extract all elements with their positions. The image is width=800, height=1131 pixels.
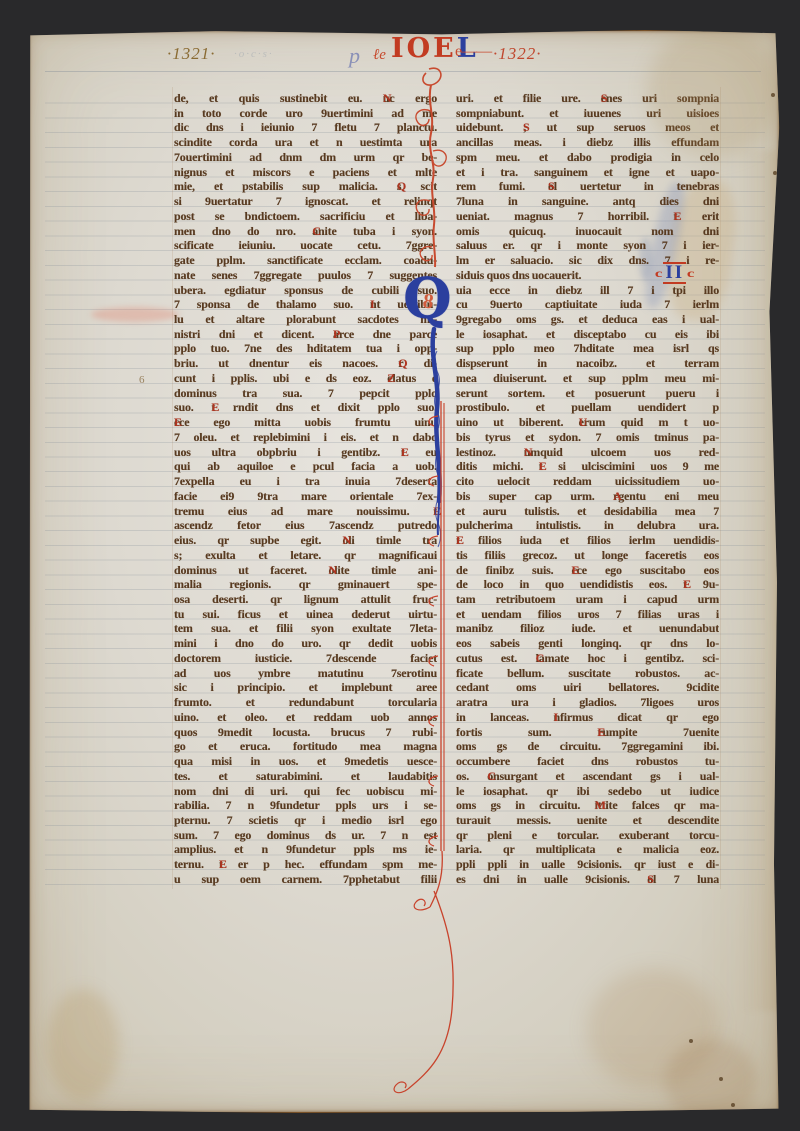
text-line: ditis michi. Et si ulciscimini uos 9 me — [456, 459, 719, 474]
text-line: le iosaphat. qr ibi sedebo ut iudice — [456, 784, 719, 799]
folio-number-left: ·1321· — [167, 44, 216, 64]
stain — [47, 989, 119, 1101]
speck — [731, 1103, 735, 1107]
text-line: laria. qr multiplicata e malicia eoz. — [456, 842, 719, 857]
edge-darkening — [741, 151, 779, 1011]
text-line: prostibulo. et puellam uendidert p — [456, 400, 719, 415]
text-line: omis quicuq. inuocauit nom dni — [456, 224, 719, 239]
text-line: uri. et filie ure. Senes uri sompnia — [456, 91, 719, 106]
text-line: pulcherima intulistis. in delubra ura. — [456, 518, 719, 533]
text-line: uino ut biberent. Uerum quid m t uo- — [456, 415, 719, 430]
text-line: serunt sortem. et posuerunt pueru i — [456, 386, 719, 401]
text-line: rem fumi. Sol uertetur in tenebras — [456, 179, 719, 194]
speck — [773, 171, 777, 175]
text-line: os. Consurgant et ascendant gs i ual- — [456, 769, 719, 784]
text-line: et auru tulistis. et desidabilia mea 7 — [456, 504, 719, 519]
text-line: ancillas meas. i diebz illis effundam — [456, 135, 719, 150]
text-line: dispserunt in nacoibz. et terram — [456, 356, 719, 371]
red-show-through-smudge — [91, 307, 179, 322]
text-line: de finibz suis. Ecce ego suscitabo eos — [456, 563, 719, 578]
text-line: sompniabunt. et iuuenes uri uisioes — [456, 106, 719, 121]
text-line: et uendam filios uros 7 filias uras i — [456, 607, 719, 622]
stain — [587, 969, 719, 1089]
chapter-number: II — [663, 262, 686, 284]
text-line: tis filiis grecoz. ut longe faceretis eo… — [456, 548, 719, 563]
text-line: lestinoz. Numquid ulcoem uos red- — [456, 445, 719, 460]
speck — [719, 1077, 723, 1081]
text-line: uidebunt. S; ut sup seruos meos et — [456, 120, 719, 135]
text-line: 7luna in sanguine. antq dies dni — [456, 194, 719, 209]
text-line: ficate bellum. suscitate robustos. ac- — [456, 666, 719, 681]
text-line: es dni in ualle 9cisionis. Sol 7 luna — [456, 872, 719, 887]
text-line: occumbere faciet dns robustos tu- — [456, 754, 719, 769]
chapter-numeral: c II c — [656, 260, 693, 286]
chapter-flourish-left: c — [655, 266, 662, 281]
text-line: cito uelocit reddam uicissitudiem uo- — [456, 474, 719, 489]
text-line: bis tyrus et sydon. 7 omis tminus pa- — [456, 430, 719, 445]
text-line: ueniat. magnus 7 horribil. Et erit — [456, 209, 719, 224]
manuscript-leaf: ·1321· ·o·c·s· p ℓe IOEL e—— ·1322· de, … — [28, 30, 780, 1113]
text-line: tam retributoem uram i capud urm — [456, 592, 719, 607]
text-line: cedant oms uiri bellatores. 9cidite — [456, 680, 719, 695]
text-line: bis super cap urm. Argentu eni meu — [456, 489, 719, 504]
header-blue-flourish: p — [349, 43, 360, 69]
text-line: de loco in quo uendidistis eos. Et 9u- — [456, 577, 719, 592]
text-line: oms gs de circuitu. 7ggregamini ibi. — [456, 739, 719, 754]
text-line: qr pleni e torcular. exuberant torcu- — [456, 828, 719, 843]
text-line: cutus est. Clamate hoc i gentibz. sci- — [456, 651, 719, 666]
text-line: turauit messis. uenite et descendite — [456, 813, 719, 828]
speck — [771, 93, 775, 97]
text-line: et i tra. sanguinem et igne et uapo- — [456, 165, 719, 180]
text-line: saluus er. qr i monte syon 7 i ier- — [456, 238, 719, 253]
text-line: 9gregabo oms gs. et deduca eas i ual- — [456, 312, 719, 327]
text-line: oms gs in circuitu. Mittite falces qr ma… — [456, 798, 719, 813]
text-line: manibz filioz iude. et uenundabut — [456, 621, 719, 636]
chapter-flourish-right: c — [687, 266, 694, 281]
margin-annotation: 6 — [139, 374, 145, 386]
faint-marginal-marks: ·o·c·s· — [234, 48, 274, 60]
folio-number-right: ·1322· — [493, 44, 542, 64]
speck — [689, 1039, 693, 1043]
text-line: fortis sum. Erumpite 7uenite — [456, 725, 719, 740]
stain — [665, 1039, 757, 1123]
gutter-penwork-flourish-icon — [384, 51, 469, 1111]
text-line: eos sabeis genti longinq. qr dns lo- — [456, 636, 719, 651]
column-guide-line — [172, 87, 173, 889]
text-line: ppli ppli in ualle 9cisionis. qr iust e … — [456, 857, 719, 872]
text-line: sup pplo meo 7hditate mea isrl qs — [456, 341, 719, 356]
text-line: cu 9uerto captiuitate iuda 7 ierlm — [456, 297, 719, 312]
text-line: mea diuiserunt. et sup pplm meu mi- — [456, 371, 719, 386]
text-line: spm meu. et dabo prodigia in celo — [456, 150, 719, 165]
column-right: uri. et filie ure. Senes uri sompniasomp… — [456, 91, 719, 891]
text-line: Et filios iuda et filios ierlm uendidis- — [456, 533, 719, 548]
text-line: aratra ura i gladios. 7ligoes uros — [456, 695, 719, 710]
text-line: in lanceas. Infirmus dicat qr ego — [456, 710, 719, 725]
text-line: le iosaphat. et disceptabo cu eis ibi — [456, 327, 719, 342]
